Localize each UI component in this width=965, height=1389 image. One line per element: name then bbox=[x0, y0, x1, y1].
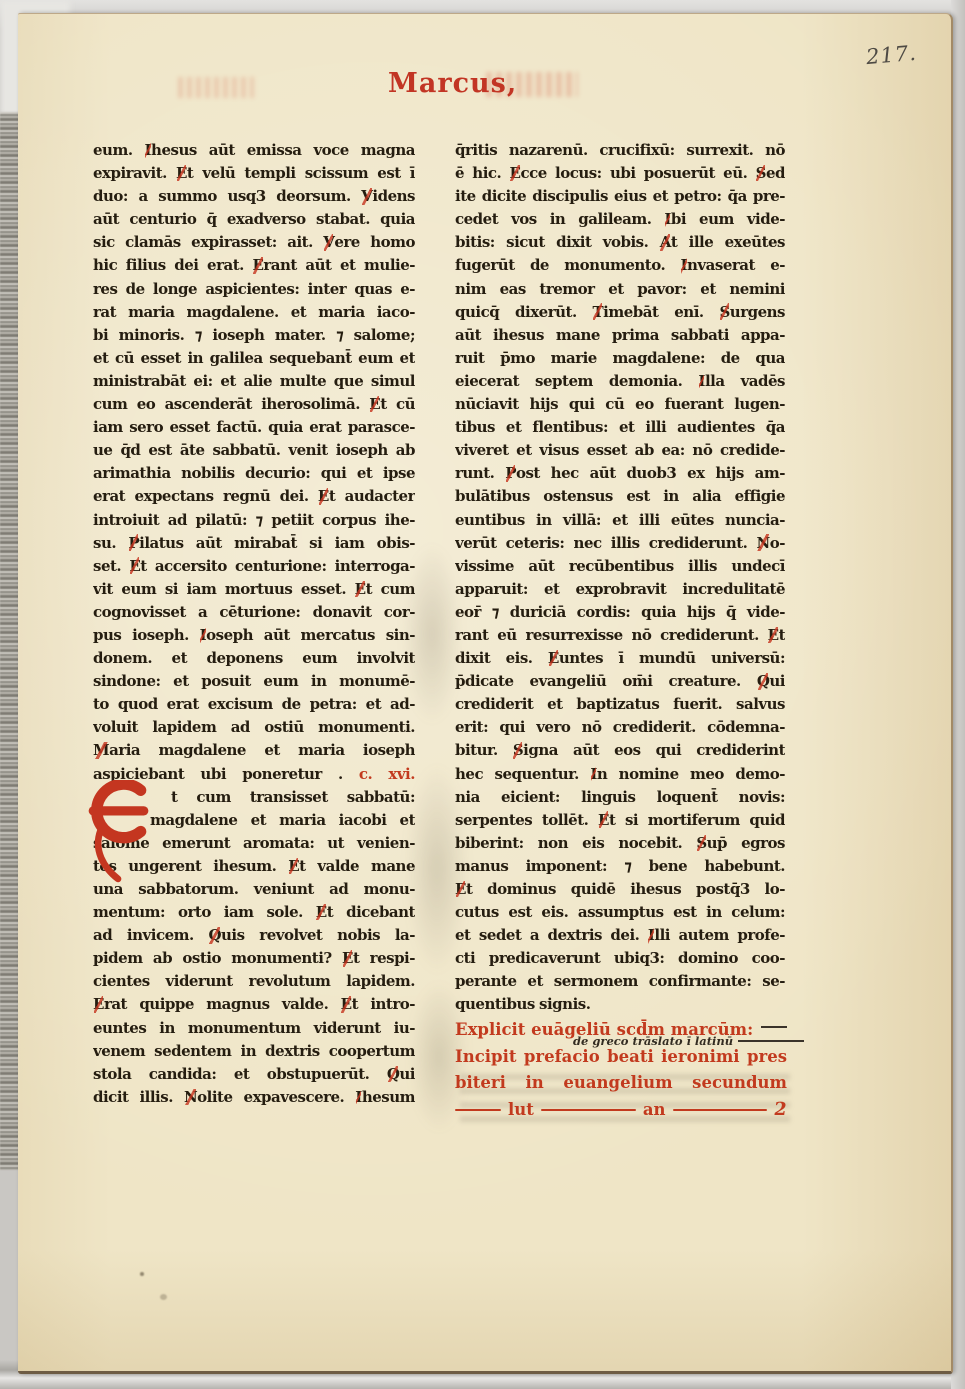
text-line: erit: qui vero nō crediderit. cōdemna- bbox=[455, 716, 785, 739]
text-line: vissime aūt recūbentibus illis undecī bbox=[455, 555, 785, 578]
rubricated-initial: E bbox=[342, 947, 353, 970]
rubricated-initial: Q bbox=[208, 924, 221, 947]
text-line: introiuit ad pilatū: ⁊ petiit corpus ihe… bbox=[93, 509, 415, 532]
text-line: serpentes tollēt. Et si mortiferum quid bbox=[455, 809, 785, 832]
text-line: p̄dicate evangeliū om̄i creature. Qui bbox=[455, 670, 785, 693]
rubricated-initial: V bbox=[361, 185, 372, 208]
text-line: pidem ab ostio monumenti? Et respi- bbox=[93, 947, 415, 970]
text-line: iam sero esset factū. quia erat parasce- bbox=[93, 416, 415, 439]
rubricated-initial: E bbox=[369, 393, 380, 416]
text-line: su. Pilatus aūt mirabat̄ si iam obis- bbox=[93, 532, 415, 555]
text-column-left: eum. Ihesus aūt emissa voce magnaexpirav… bbox=[93, 139, 415, 1109]
pen-rule bbox=[761, 1026, 787, 1028]
rubricated-initial: P bbox=[128, 532, 139, 555]
rubricated-initial: I bbox=[681, 254, 688, 277]
text-line: cutus est eis. assumptus est in celum: bbox=[455, 901, 785, 924]
rubricated-initial: I bbox=[355, 1086, 362, 1109]
rubricated-initial: S bbox=[696, 832, 706, 855]
text-line: hec sequentur. In nomine meo demo- bbox=[455, 763, 785, 786]
rubricated-initial: M bbox=[93, 739, 109, 762]
text-line: nim eas tremor et pavor: et nemini bbox=[455, 278, 785, 301]
text-line: cognovisset a cēturione: donavit cor- bbox=[93, 601, 415, 624]
rubricated-initial: E bbox=[548, 647, 559, 670]
rubricated-initial: I bbox=[200, 624, 207, 647]
pen-flourish-glyph: 2 bbox=[773, 1101, 787, 1119]
text-line: aūt ihesus mane prima sabbati appa- bbox=[455, 324, 785, 347]
text-line: euntes in monumentum viderunt iu- bbox=[93, 1017, 415, 1040]
rubricated-initial: E bbox=[341, 993, 352, 1016]
show-through-smudge bbox=[178, 77, 254, 98]
lucam-syllable: an bbox=[643, 1097, 666, 1124]
text-line: apparuit: et exprobravit incredulitatē bbox=[455, 578, 785, 601]
rubricated-initial: E bbox=[288, 855, 299, 878]
text-line: venem sedentem in dextris coopertum bbox=[93, 1040, 415, 1063]
text-line: ē hic. Ecce locus: ubi posuerūt eū. Sed bbox=[455, 162, 785, 185]
pen-rule bbox=[738, 1040, 804, 1042]
rubricated-initial: Q bbox=[757, 670, 770, 693]
rubricated-initial: I bbox=[648, 924, 655, 947]
pen-flourish bbox=[541, 1109, 636, 1112]
rubricated-initial: E bbox=[510, 162, 521, 185]
text-line: rat maria magdalene. et maria iaco- bbox=[93, 301, 415, 324]
rubricated-initial: P bbox=[505, 462, 516, 485]
text-line: aūt centurio q̄ exadverso stabat. quia bbox=[93, 208, 415, 231]
text-line: q̄ritis nazarenū. crucifixū: surrexit. n… bbox=[455, 139, 785, 162]
text-line: duo: a summo usq3 deorsum. Videns bbox=[93, 185, 415, 208]
text-line: ue q̄d est āte sabbatū. venit ioseph ab bbox=[93, 439, 415, 462]
pen-flourish bbox=[673, 1109, 768, 1112]
rubricated-initial: V bbox=[323, 231, 334, 254]
text-line: bitur. Signa aūt eos qui crediderint bbox=[455, 739, 785, 762]
rubricated-initial: I bbox=[664, 208, 671, 231]
text-line: nia eicient: linguis loquent̄ novis: bbox=[455, 786, 785, 809]
rubricated-initial: I bbox=[698, 370, 705, 393]
manuscript-page: Marcus, 217. eum. Ihesus aūt emissa voce… bbox=[18, 13, 953, 1374]
text-line: eiecerat septem demonia. Illa vadēs bbox=[455, 370, 785, 393]
incipit-line-2: biteri in euangelium secundum bbox=[455, 1070, 787, 1097]
rubric-colophon: Explicit euāgeliū scd̄m marcūm: de greco… bbox=[455, 1017, 787, 1124]
text-line: eum. Ihesus aūt emissa voce magna bbox=[93, 139, 415, 162]
parchment-stain bbox=[160, 1294, 167, 1300]
text-line: perante et sermonem confirmante: se- bbox=[455, 970, 785, 993]
text-line: Et dominus quidē ihesus postq̄3 lo- bbox=[455, 878, 785, 901]
chapter-initial-E bbox=[85, 780, 151, 883]
text-line: Maria magdalene et maria ioseph bbox=[93, 739, 415, 762]
text-line: ministrabāt ei: et alie multe que simul bbox=[93, 370, 415, 393]
parchment-stain bbox=[140, 1272, 144, 1276]
text-line: vit eum si iam mortuus esset. Et cum bbox=[93, 578, 415, 601]
text-line: ruit p̄mo marie magdalene: de qua bbox=[455, 347, 785, 370]
text-line: donem. et deponens eum involvit bbox=[93, 647, 415, 670]
text-line: dicit illis. Nolite expavescere. Ihesum bbox=[93, 1086, 415, 1109]
folio-number: 217. bbox=[865, 41, 918, 69]
text-line: arimathia nobilis decurio: qui et ipse bbox=[93, 462, 415, 485]
text-line: manus imponent: ⁊ bene habebunt. bbox=[455, 855, 785, 878]
text-line: crediderit et baptizatus fuerit. salvus bbox=[455, 693, 785, 716]
text-line: pus ioseph. Ioseph aūt mercatus sin- bbox=[93, 624, 415, 647]
column-lines: q̄ritis nazarenū. crucifixū: surrexit. n… bbox=[455, 139, 785, 1017]
text-line: bi minoris. ⁊ ioseph mater. ⁊ salome; bbox=[93, 324, 415, 347]
text-line: fugerūt de monumento. Invaserat e- bbox=[455, 254, 785, 277]
rubricated-initial: I bbox=[590, 763, 597, 786]
text-line: quentibus signis. bbox=[455, 993, 785, 1016]
text-line: voluit lapidem ad ostiū monumenti. bbox=[93, 716, 415, 739]
text-line: res de longe aspicientes: inter quas e- bbox=[93, 278, 415, 301]
lucam-syllable: lut bbox=[508, 1097, 534, 1124]
rubricated-initial: I bbox=[145, 139, 152, 162]
text-line: viveret et visus esset ab ea: nō credide… bbox=[455, 439, 785, 462]
rubricated-initial: E bbox=[768, 624, 779, 647]
text-line: stola candida: et obstupuerūt. Qui bbox=[93, 1063, 415, 1086]
text-line: mentum: orto iam sole. Et dicebant bbox=[93, 901, 415, 924]
column-lines: eum. Ihesus aūt emissa voce magnaexpirav… bbox=[93, 139, 415, 1109]
text-line: sic clamās expirasset: ait. Vere homo bbox=[93, 231, 415, 254]
rubricated-initial: S bbox=[513, 739, 523, 762]
text-line: et cū esset in galilea sequebant̄ eum et bbox=[93, 347, 415, 370]
pen-flourish bbox=[455, 1109, 501, 1112]
rubricated-initial: E bbox=[316, 901, 327, 924]
text-line: cedet vos in galileam. Ibi eum vide- bbox=[455, 208, 785, 231]
rubricated-initial: E bbox=[598, 809, 609, 832]
rubricated-initial: Q bbox=[387, 1063, 400, 1086]
text-line: set. Et accersito centurione: interroga- bbox=[93, 555, 415, 578]
text-line: rant eū resurrexisse nō crediderunt. Et bbox=[455, 624, 785, 647]
rubricated-initial: E bbox=[176, 162, 187, 185]
rubricated-initial: E bbox=[93, 993, 104, 1016]
chapter-number: c. xvi. bbox=[359, 765, 415, 783]
text-line: to quod erat excisum de petra: et ad- bbox=[93, 693, 415, 716]
text-line: bitis: sicut dixit vobis. At ille exeūte… bbox=[455, 231, 785, 254]
table-background bbox=[951, 0, 965, 1389]
text-line: cti predicaverunt ubiq3: domino coo- bbox=[455, 947, 785, 970]
rubricated-initial: N bbox=[757, 532, 770, 555]
text-line: cientes viderunt revolutum lapidem. bbox=[93, 970, 415, 993]
text-line: et sedet a dextris dei. Illi autem profe… bbox=[455, 924, 785, 947]
text-line: ite dicite discipulis eius et petro: q̄a… bbox=[455, 185, 785, 208]
rubricated-initial: N bbox=[184, 1086, 197, 1109]
text-line: runt. Post hec aūt duob3 ex hijs am- bbox=[455, 462, 785, 485]
text-line: sindone: et posuit eum in monumē- bbox=[93, 670, 415, 693]
rubricated-initial: A bbox=[660, 231, 671, 254]
text-line: erat expectans regnū dei. Et audacter bbox=[93, 485, 415, 508]
rubricated-initial: S bbox=[719, 301, 729, 324]
text-line: dixit eis. Euntes ī mundū universū: bbox=[455, 647, 785, 670]
text-line: nūciavit hijs qui cū eo fuerant lugen- bbox=[455, 393, 785, 416]
text-line: tibus et flentibus: et illi audientes q̄… bbox=[455, 416, 785, 439]
rubricated-initial: E bbox=[455, 878, 466, 901]
text-line: hic filius dei erat. Erant aūt et mulie- bbox=[93, 254, 415, 277]
rubricated-initial: E bbox=[355, 578, 366, 601]
text-line: bulātibus ostensus est in alia effigie bbox=[455, 485, 785, 508]
running-title: Marcus, bbox=[388, 68, 517, 99]
rubricated-initial: E bbox=[318, 485, 329, 508]
text-line: biberint: non eis nocebit. Sup̄ egros bbox=[455, 832, 785, 855]
text-line: quicq̄ dixerūt. Timebāt enī. Surgens bbox=[455, 301, 785, 324]
text-line: expiravit. Et velū templi scissum est ī bbox=[93, 162, 415, 185]
rubricated-initial: T bbox=[593, 301, 604, 324]
rubricated-initial: E bbox=[252, 254, 263, 277]
text-line: cum eo ascenderāt iherosolimā. Et cū bbox=[93, 393, 415, 416]
rubricated-initial: S bbox=[756, 162, 766, 185]
text-line: euntibus in villā: et illi eūtes nuncia- bbox=[455, 509, 785, 532]
interlinear-gloss: de greco trāslato ī latinū bbox=[573, 1034, 804, 1048]
text-line: verūt ceteris: nec illis crediderunt. No… bbox=[455, 532, 785, 555]
text-line: eor̄ ⁊ duriciā cordis: quia hijs q̄ vide… bbox=[455, 601, 785, 624]
text-line: ad invicem. Quis revolvet nobis la- bbox=[93, 924, 415, 947]
text-column-right: q̄ritis nazarenū. crucifixū: surrexit. n… bbox=[455, 139, 785, 1017]
lucam-line: lut an 2 bbox=[455, 1097, 787, 1124]
text-line: Erat quippe magnus valde. Et intro- bbox=[93, 993, 415, 1016]
rubricated-initial: E bbox=[129, 555, 140, 578]
gloss-text: de greco trāslato ī latinū bbox=[573, 1034, 733, 1048]
